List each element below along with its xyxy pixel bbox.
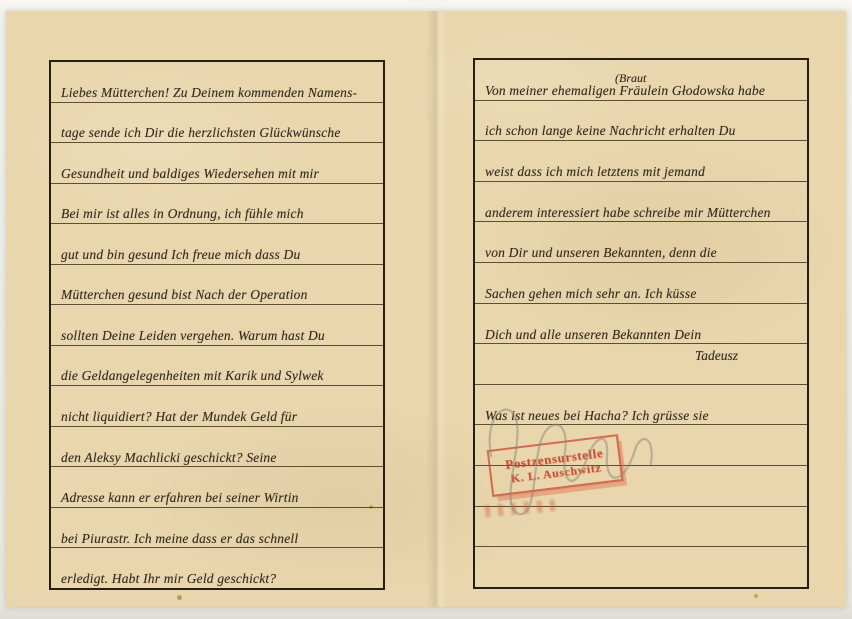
- ruled-row: Dich und alle unseren Bekannten Dein: [475, 304, 807, 345]
- handwritten-line: Von meiner ehemaligen Fräulein Głodowska…: [475, 84, 767, 100]
- scanned-letter-view: Liebes Mütterchen! Zu Deinem kommenden N…: [0, 0, 852, 619]
- ruled-row: Mütterchen gesund bist Nach der Operatio…: [51, 265, 383, 306]
- ruled-row: anderem interessiert habe schreibe mir M…: [475, 182, 807, 223]
- ruled-row: nicht liquidiert? Hat der Mundek Geld fü…: [51, 386, 383, 427]
- handwritten-line: Gesundheit und baldiges Wiedersehen mit …: [51, 167, 321, 183]
- handwritten-line: tage sende ich Dir die herzlichsten Glüc…: [51, 126, 343, 142]
- handwritten-line: ich schon lange keine Nachricht erhalten…: [475, 124, 738, 140]
- center-fold: [426, 11, 448, 607]
- handwritten-line: [475, 463, 487, 465]
- ruled-row: Adresse kann er erfahren bei seiner Wirt…: [51, 467, 383, 508]
- handwritten-line: anderem interessiert habe schreibe mir M…: [475, 206, 773, 222]
- ruled-row: weist dass ich mich letztens mit jemand: [475, 141, 807, 182]
- ruled-row: gut und bin gesund Ich freue mich dass D…: [51, 224, 383, 265]
- handwritten-line: [475, 382, 487, 384]
- handwritten-line: Liebes Mütterchen! Zu Deinem kommenden N…: [51, 86, 359, 102]
- inserted-word-annotation: (Braut: [615, 71, 646, 86]
- paper-top-notch: [412, 0, 446, 7]
- paper-stain: [177, 595, 182, 600]
- letter-paper: Liebes Mütterchen! Zu Deinem kommenden N…: [6, 11, 846, 607]
- handwritten-line: [475, 585, 487, 587]
- ruled-row: Sachen gehen mich sehr an. Ich küsse: [475, 263, 807, 304]
- ruled-row: bei Piurastr. Ich meine dass er das schn…: [51, 508, 383, 549]
- ruled-row: Gesundheit und baldiges Wiedersehen mit …: [51, 143, 383, 184]
- handwritten-line: Adresse kann er erfahren bei seiner Wirt…: [51, 491, 301, 507]
- ruled-row: [475, 344, 807, 385]
- handwritten-line: erledigt. Habt Ihr mir Geld geschickt?: [51, 572, 278, 588]
- ruled-row: erledigt. Habt Ihr mir Geld geschickt?: [51, 548, 383, 588]
- handwritten-line: die Geldangelegenheiten mit Karik und Sy…: [51, 369, 326, 385]
- handwritten-line: gut und bin gesund Ich freue mich dass D…: [51, 248, 302, 264]
- ruled-row: die Geldangelegenheiten mit Karik und Sy…: [51, 346, 383, 387]
- handwritten-line: Mütterchen gesund bist Nach der Operatio…: [51, 288, 310, 304]
- ruled-row: Bei mir ist alles in Ordnung, ich fühle …: [51, 184, 383, 225]
- handwritten-line: den Aleksy Machlicki geschickt? Seine: [51, 451, 279, 467]
- handwritten-line: Dich und alle unseren Bekannten Dein: [475, 328, 703, 344]
- ruled-lines-left: Liebes Mütterchen! Zu Deinem kommenden N…: [51, 62, 383, 588]
- handwritten-line: Sachen gehen mich sehr an. Ich küsse: [475, 287, 699, 303]
- handwritten-line: Bei mir ist alles in Ordnung, ich fühle …: [51, 207, 306, 223]
- ruled-row: [475, 547, 807, 587]
- handwritten-line: von Dir und unseren Bekannten, denn die: [475, 246, 719, 262]
- handwritten-line: [475, 544, 487, 546]
- handwritten-line: bei Piurastr. Ich meine dass er das schn…: [51, 532, 300, 548]
- letter-page-left: Liebes Mütterchen! Zu Deinem kommenden N…: [49, 60, 385, 590]
- handwritten-line: weist dass ich mich letztens mit jemand: [475, 165, 707, 181]
- paper-stain: [754, 594, 758, 598]
- ruled-row: tage sende ich Dir die herzlichsten Glüc…: [51, 103, 383, 144]
- handwritten-line: nicht liquidiert? Hat der Mundek Geld fü…: [51, 410, 299, 426]
- ruled-row: sollten Deine Leiden vergehen. Warum has…: [51, 305, 383, 346]
- ruled-row: ich schon lange keine Nachricht erhalten…: [475, 101, 807, 142]
- handwritten-line: Was ist neues bei Hacha? Ich grüsse sie: [475, 409, 711, 425]
- ruled-row: von Dir und unseren Bekannten, denn die: [475, 222, 807, 263]
- signature: Tadeusz: [695, 348, 738, 364]
- letter-page-right: Von meiner ehemaligen Fräulein Głodowska…: [473, 58, 809, 589]
- ruled-row: Was ist neues bei Hacha? Ich grüsse sie: [475, 385, 807, 426]
- ruled-row: Liebes Mütterchen! Zu Deinem kommenden N…: [51, 62, 383, 103]
- ruled-row: den Aleksy Machlicki geschickt? Seine: [51, 427, 383, 468]
- handwritten-line: sollten Deine Leiden vergehen. Warum has…: [51, 329, 327, 345]
